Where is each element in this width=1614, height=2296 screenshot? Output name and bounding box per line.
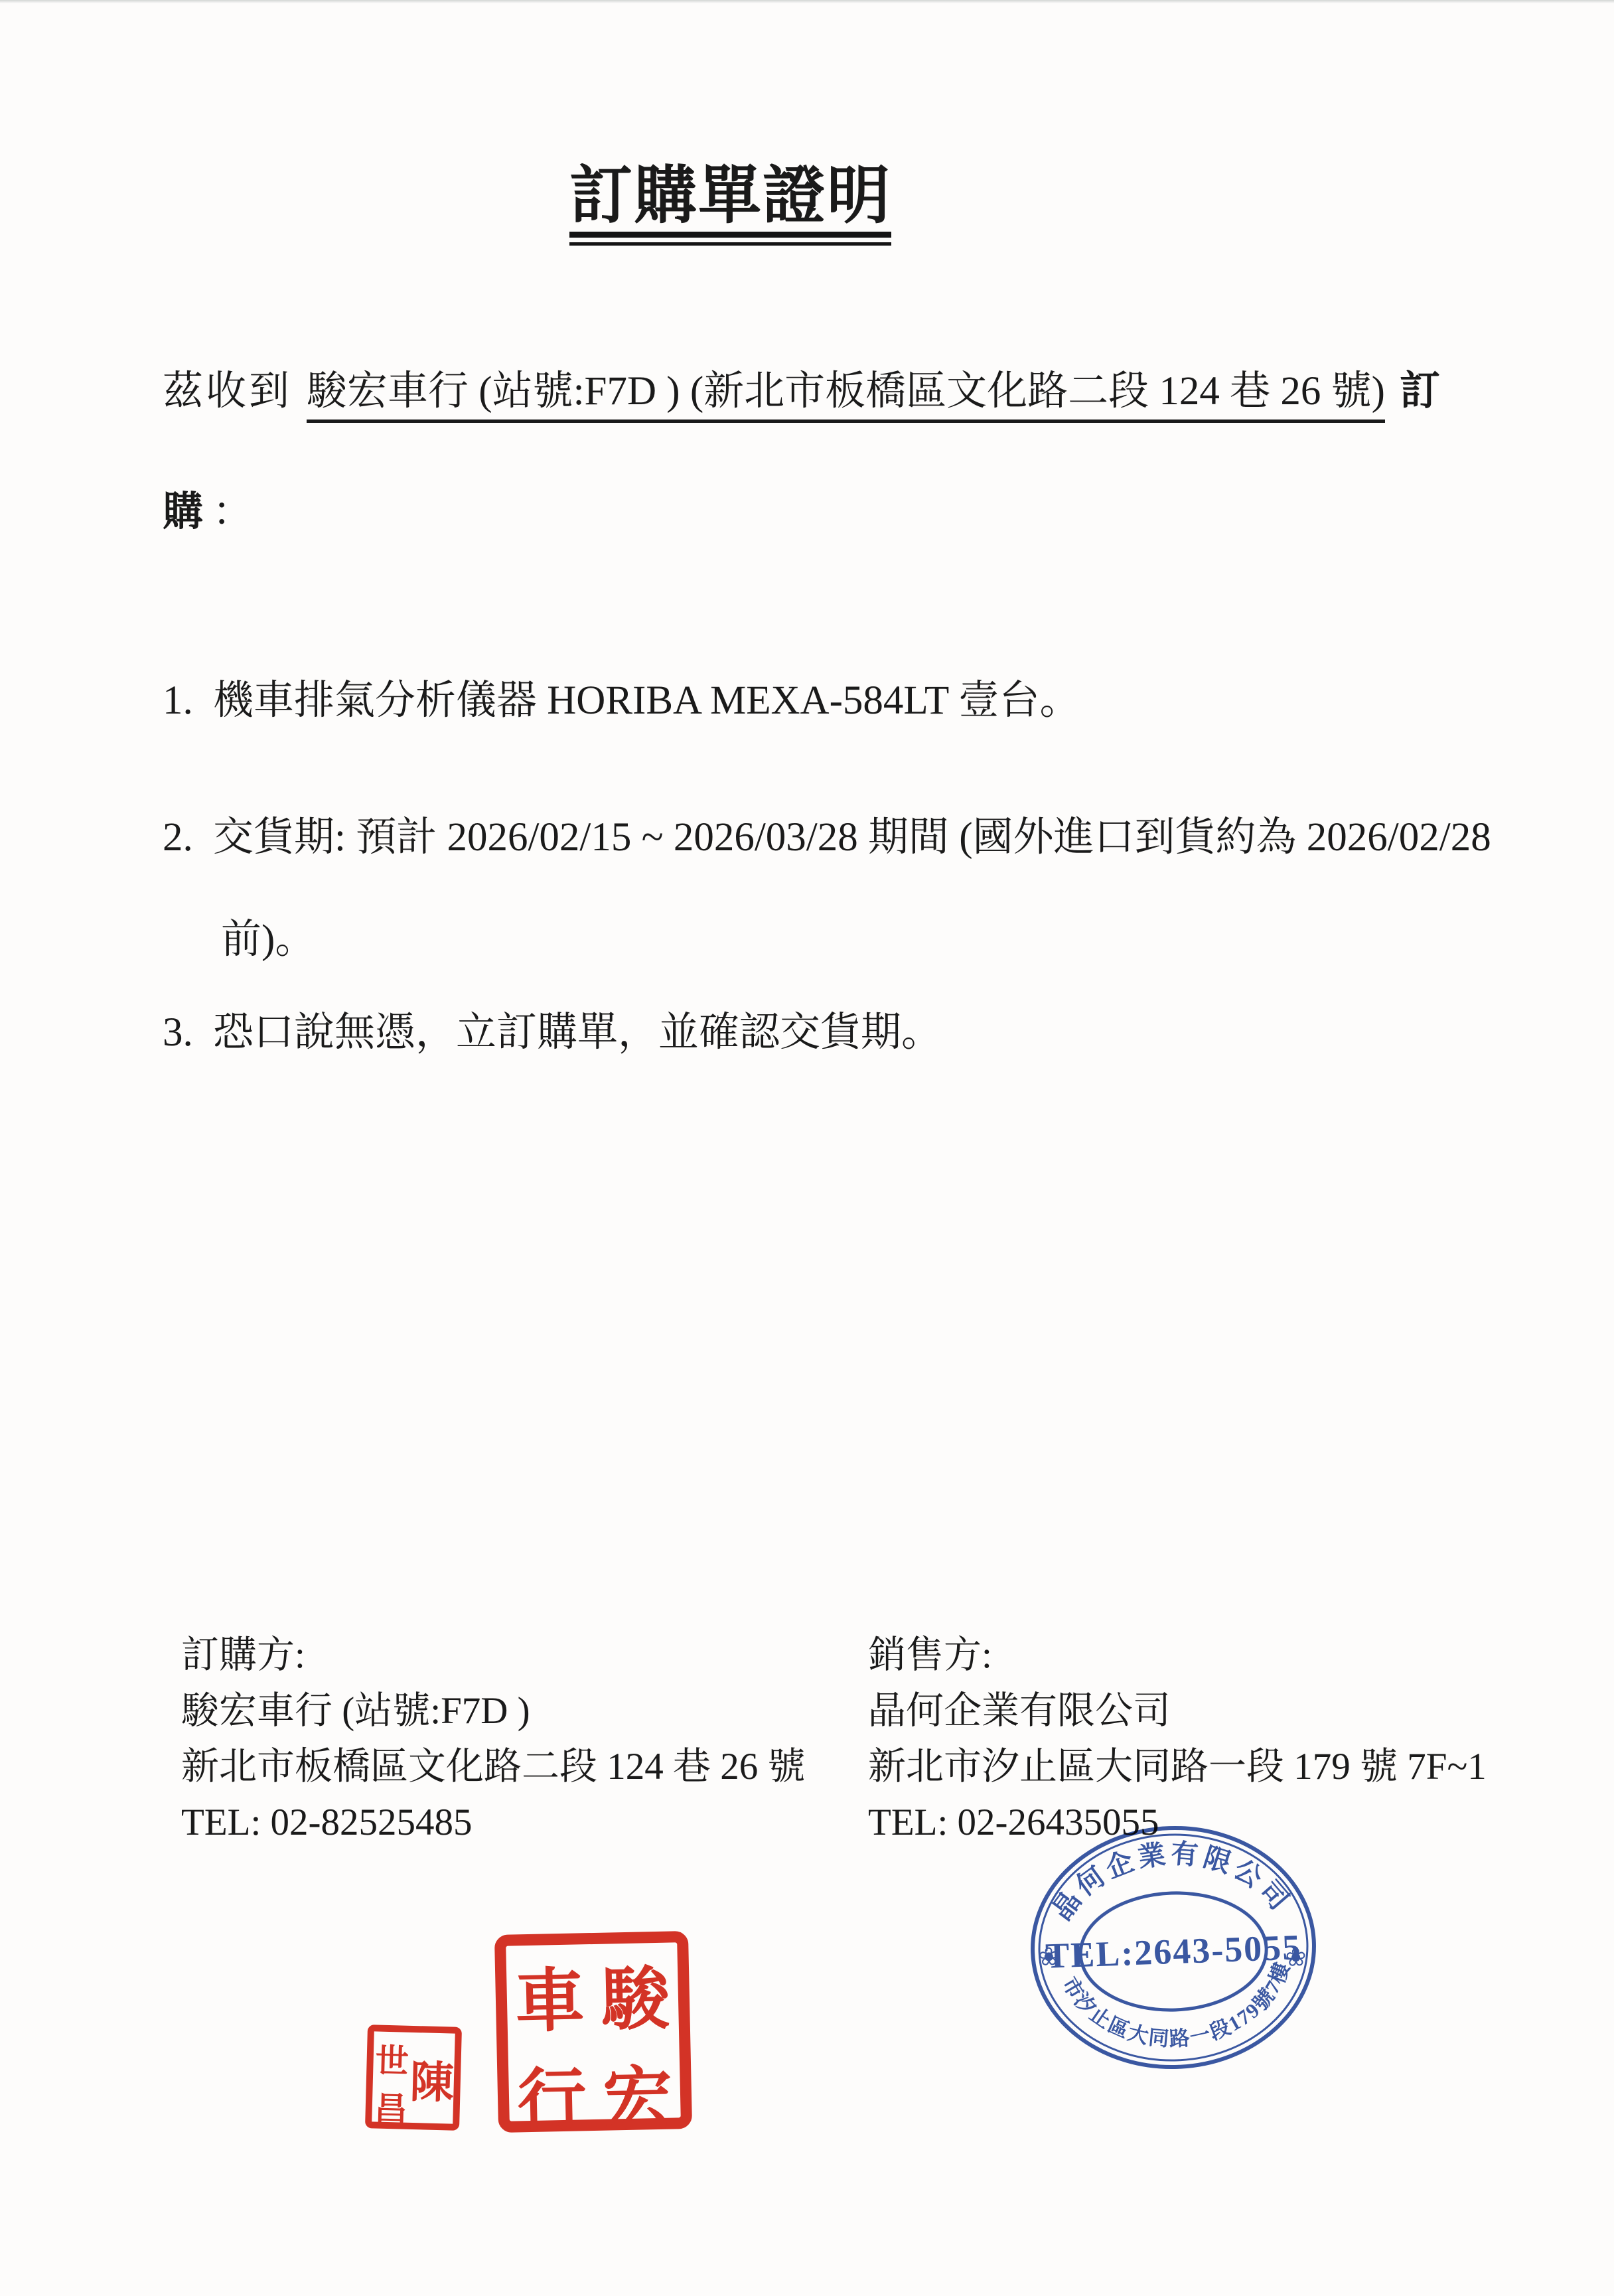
purchase-order-document: 訂購單證明 茲收到駿宏車行 (站號:F7D ) (新北市板橋區文化路二段 124… xyxy=(0,0,1614,2296)
seller-name: 晶何企業有限公司 xyxy=(868,1683,1487,1739)
intro-suffix: 訂 xyxy=(1400,369,1440,414)
page-title: 訂購單證明 xyxy=(569,162,891,238)
name-seal-char-3: 昌 xyxy=(374,2082,408,2130)
stamp-company-name-arc: 晶何企業有限公司 xyxy=(1044,1833,1298,1926)
item-2-text-line-1: 交貨期: 預計 2026/02/15 ~ 2026/03/28 期間 (國外進口… xyxy=(213,815,1491,860)
item-1-text: 機車排氣分析儀器 HORIBA MEXA-584LT 壹台。 xyxy=(213,678,1080,723)
name-seal-char-1: 陳 xyxy=(409,2046,455,2110)
buyer-name: 駿宏車行 (站號:F7D ) xyxy=(181,1683,806,1739)
intro-prefix: 茲收到 xyxy=(163,369,292,414)
stamp-tel-number: TEL:2643-5055 xyxy=(1045,1927,1302,1975)
item-2-number: 2. xyxy=(163,811,213,864)
item-1-number: 1. xyxy=(163,674,213,727)
intro-colon: ： xyxy=(212,490,253,534)
buyer-label: 訂購方: xyxy=(181,1628,806,1683)
list-item-2-line-2: 前)。 xyxy=(221,913,315,966)
title-double-underline: 訂購單證明 xyxy=(569,162,891,246)
buyer-tel: TEL: 02-82525485 xyxy=(181,1795,806,1851)
name-seal-char-2: 世 xyxy=(375,2034,409,2083)
buyer-block: 訂購方: 駿宏車行 (站號:F7D ) 新北市板橋區文化路二段 124 巷 26… xyxy=(181,1628,806,1851)
seal-char-bottom-right: 宏 xyxy=(593,2042,681,2143)
seal-char-top-right: 駿 xyxy=(591,1942,679,2044)
name-seal-left-column: 世 昌 xyxy=(372,2031,411,2122)
name-seal-right-column: 陳 xyxy=(409,2032,455,2124)
seal-char-bottom-left: 行 xyxy=(508,2044,595,2145)
intro-line-2: 購： xyxy=(163,479,253,537)
scan-edge-artifact xyxy=(0,0,1614,3)
buyer-company-seal: 車 駿 行 宏 xyxy=(494,1931,692,2133)
flower-icon: ❀ xyxy=(1038,1942,1060,1971)
buyer-address: 新北市板橋區文化路二段 124 巷 26 號 xyxy=(181,1739,806,1795)
seller-label: 銷售方: xyxy=(868,1628,1487,1683)
list-item-1: 1.機車排氣分析儀器 HORIBA MEXA-584LT 壹台。 xyxy=(163,674,1080,727)
item-2-text-line-2: 前)。 xyxy=(221,917,315,962)
list-item-2-line-1: 2.交貨期: 預計 2026/02/15 ~ 2026/03/28 期間 (國外… xyxy=(163,811,1491,864)
document-title-wrap: 訂購單證明 xyxy=(569,162,891,246)
intro-line-1: 茲收到駿宏車行 (站號:F7D ) (新北市板橋區文化路二段 124 巷 26 … xyxy=(163,366,1440,417)
item-3-number: 3. xyxy=(163,1006,213,1059)
flower-icon: ❀ xyxy=(1285,1942,1307,1972)
buyer-name-address-underlined: 駿宏車行 (站號:F7D ) (新北市板橋區文化路二段 124 巷 26 號) xyxy=(307,369,1385,423)
seal-char-top-left: 車 xyxy=(506,1944,593,2046)
intro-wrap-char: 購 xyxy=(163,490,203,534)
list-item-3: 3.恐口說無憑，立訂購單，並確認交貨期。 xyxy=(163,1006,942,1059)
seller-block: 銷售方: 晶何企業有限公司 新北市汐止區大同路一段 179 號 7F~1 TEL… xyxy=(868,1628,1487,1851)
seller-company-stamp: 晶何企業有限公司 新北市汐止區大同路一段179號7樓之1 TEL:2643-50… xyxy=(1025,1819,1323,2076)
seller-address: 新北市汐止區大同路一段 179 號 7F~1 xyxy=(868,1739,1487,1795)
personal-name-seal: 世 昌 陳 xyxy=(365,2025,462,2131)
item-3-text: 恐口說無憑，立訂購單，並確認交貨期。 xyxy=(213,1010,942,1055)
